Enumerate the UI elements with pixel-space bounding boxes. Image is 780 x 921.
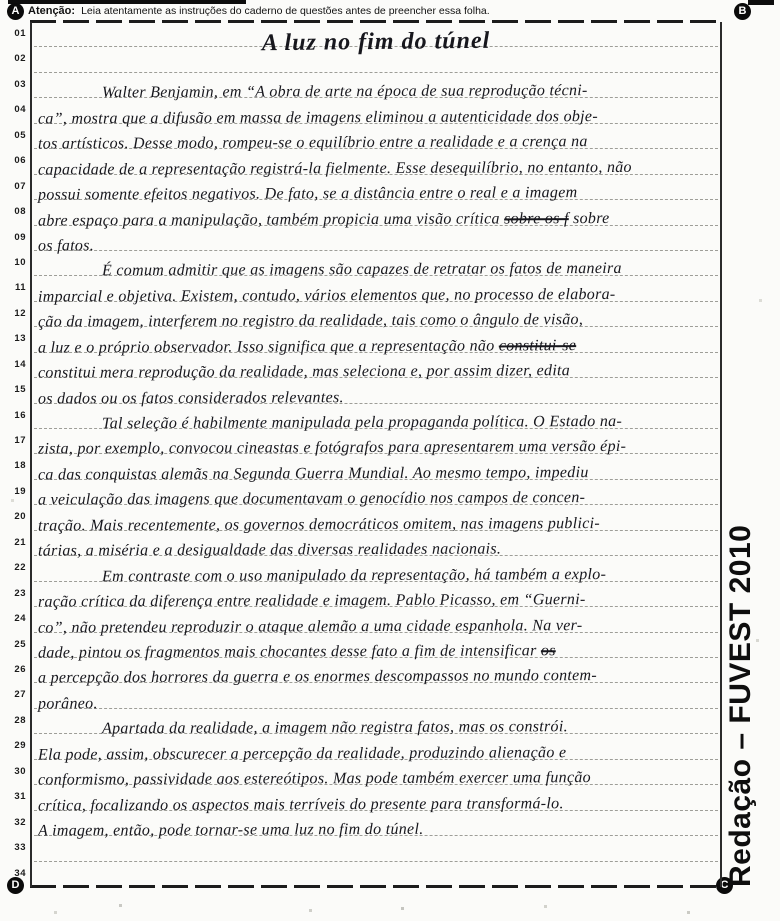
essay-line: 34 (32, 862, 720, 887)
struck-through-text: os (541, 642, 556, 659)
struck-through-text: constitui-se (499, 337, 576, 354)
essay-line: 23ração crítica da diferença entre reali… (32, 582, 720, 607)
line-number: 11 (4, 282, 26, 293)
essay-line: 26a percepção dos horrores da guerra e o… (32, 658, 720, 683)
essay-line: 27porâneo. (32, 683, 720, 708)
essay-line: 24co”, não pretendeu reproduzir o ataque… (32, 607, 720, 632)
line-number: 02 (4, 53, 26, 64)
essay-line: 01A luz no fim do túnel (32, 22, 720, 47)
line-number: 13 (4, 333, 26, 344)
essay-line: 08abre espaço para a manipulação, também… (32, 200, 720, 225)
scan-artifact-bar (8, 0, 246, 4)
line-number: 01 (4, 28, 26, 39)
line-number: 22 (4, 562, 26, 573)
attention-label: Atenção: (28, 5, 75, 17)
line-number: 19 (4, 486, 26, 497)
essay-line: 21tárias, a miséria e a desigualdade das… (32, 531, 720, 556)
essay-line: 31crítica, focalizando os aspectos mais … (32, 785, 720, 810)
line-number: 04 (4, 104, 26, 115)
text-segment: sobre (569, 210, 610, 227)
essay-line: 30conformismo, passividade aos estereóti… (32, 760, 720, 785)
line-number: 34 (4, 868, 26, 879)
essay-line: 05tos artísticos. Desse modo, rompeu-se … (32, 124, 720, 149)
line-number: 09 (4, 232, 26, 243)
line-number: 23 (4, 588, 26, 599)
essay-line: 13a luz e o próprio observador. Isso sig… (32, 327, 720, 352)
corner-marker-d: D (7, 877, 24, 894)
line-number: 14 (4, 359, 26, 370)
essay-line: 06capacidade de a representação registrá… (32, 149, 720, 174)
line-number: 15 (4, 384, 26, 395)
essay-line: 22Em contraste com o uso manipulado da r… (32, 556, 720, 581)
line-number: 30 (4, 766, 26, 777)
essay-line: 15os dados ou os fatos considerados rele… (32, 378, 720, 403)
essay-line: 20tração. Mais recentemente, os governos… (32, 505, 720, 530)
line-number: 07 (4, 181, 26, 192)
essay-line: 04ca”, mostra que a difusão em massa de … (32, 98, 720, 123)
line-number: 18 (4, 460, 26, 471)
line-number: 31 (4, 791, 26, 802)
line-number: 25 (4, 639, 26, 650)
line-number: 12 (4, 308, 26, 319)
essay-line: 32A imagem, então, pode tornar-se uma lu… (32, 811, 720, 836)
line-number: 21 (4, 537, 26, 548)
corner-marker-a: A (7, 3, 24, 20)
line-number: 05 (4, 130, 26, 141)
line-number: 27 (4, 689, 26, 700)
essay-line: 03Walter Benjamin, em “A obra de arte na… (32, 73, 720, 98)
side-label-redacao-fuvest: Redação – FUVEST 2010 (724, 485, 770, 887)
line-number: 08 (4, 206, 26, 217)
essay-line: 17zista, por exemplo, convocou cineastas… (32, 429, 720, 454)
line-number: 20 (4, 511, 26, 522)
line-number: 29 (4, 740, 26, 751)
line-number: 17 (4, 435, 26, 446)
essay-line: 07possui somente efeitos negativos. De f… (32, 175, 720, 200)
essay-line: 16Tal seleção é habilmente manipulada pe… (32, 404, 720, 429)
struck-through-text: sobre os f (504, 210, 569, 227)
line-number: 10 (4, 257, 26, 268)
essay-line: 33 (32, 836, 720, 861)
scan-artifact-bar (748, 0, 774, 5)
attention-header: Atenção:Leia atentamente as instruções d… (28, 5, 668, 17)
essay-line: 10É comum admitir que as imagens são cap… (32, 251, 720, 276)
line-number: 32 (4, 817, 26, 828)
essay-line: 14constitui mera reprodução da realidade… (32, 353, 720, 378)
writing-area: 01A luz no fim do túnel0203Walter Benjam… (30, 22, 722, 887)
scan-noise (0, 0, 1, 1)
line-number: 24 (4, 613, 26, 624)
line-number: 28 (4, 715, 26, 726)
line-number: 26 (4, 664, 26, 675)
answer-sheet-page: A B C D Atenção:Leia atentamente as inst… (0, 0, 780, 921)
essay-line: 12ção da imagem, interferem no registro … (32, 302, 720, 327)
essay-line: 19a veiculação das imagens que documenta… (32, 480, 720, 505)
line-number: 16 (4, 410, 26, 421)
essay-line: 25dade, pintou os fragmentos mais chocan… (32, 633, 720, 658)
essay-line: 11imparcial e objetiva. Existem, contudo… (32, 276, 720, 301)
corner-marker-b: B (734, 3, 751, 20)
line-number: 03 (4, 79, 26, 90)
essay-line: 29Ela pode, assim, obscurecer a percepçã… (32, 734, 720, 759)
attention-text: Leia atentamente as instruções do cadern… (81, 5, 490, 17)
line-number: 33 (4, 842, 26, 853)
essay-line: 28Apartada da realidade, a imagem não re… (32, 709, 720, 734)
line-number: 06 (4, 155, 26, 166)
essay-line: 09os fatos. (32, 226, 720, 251)
essay-line: 18ca das conquistas alemãs na Segunda Gu… (32, 454, 720, 479)
essay-line: 02 (32, 47, 720, 72)
